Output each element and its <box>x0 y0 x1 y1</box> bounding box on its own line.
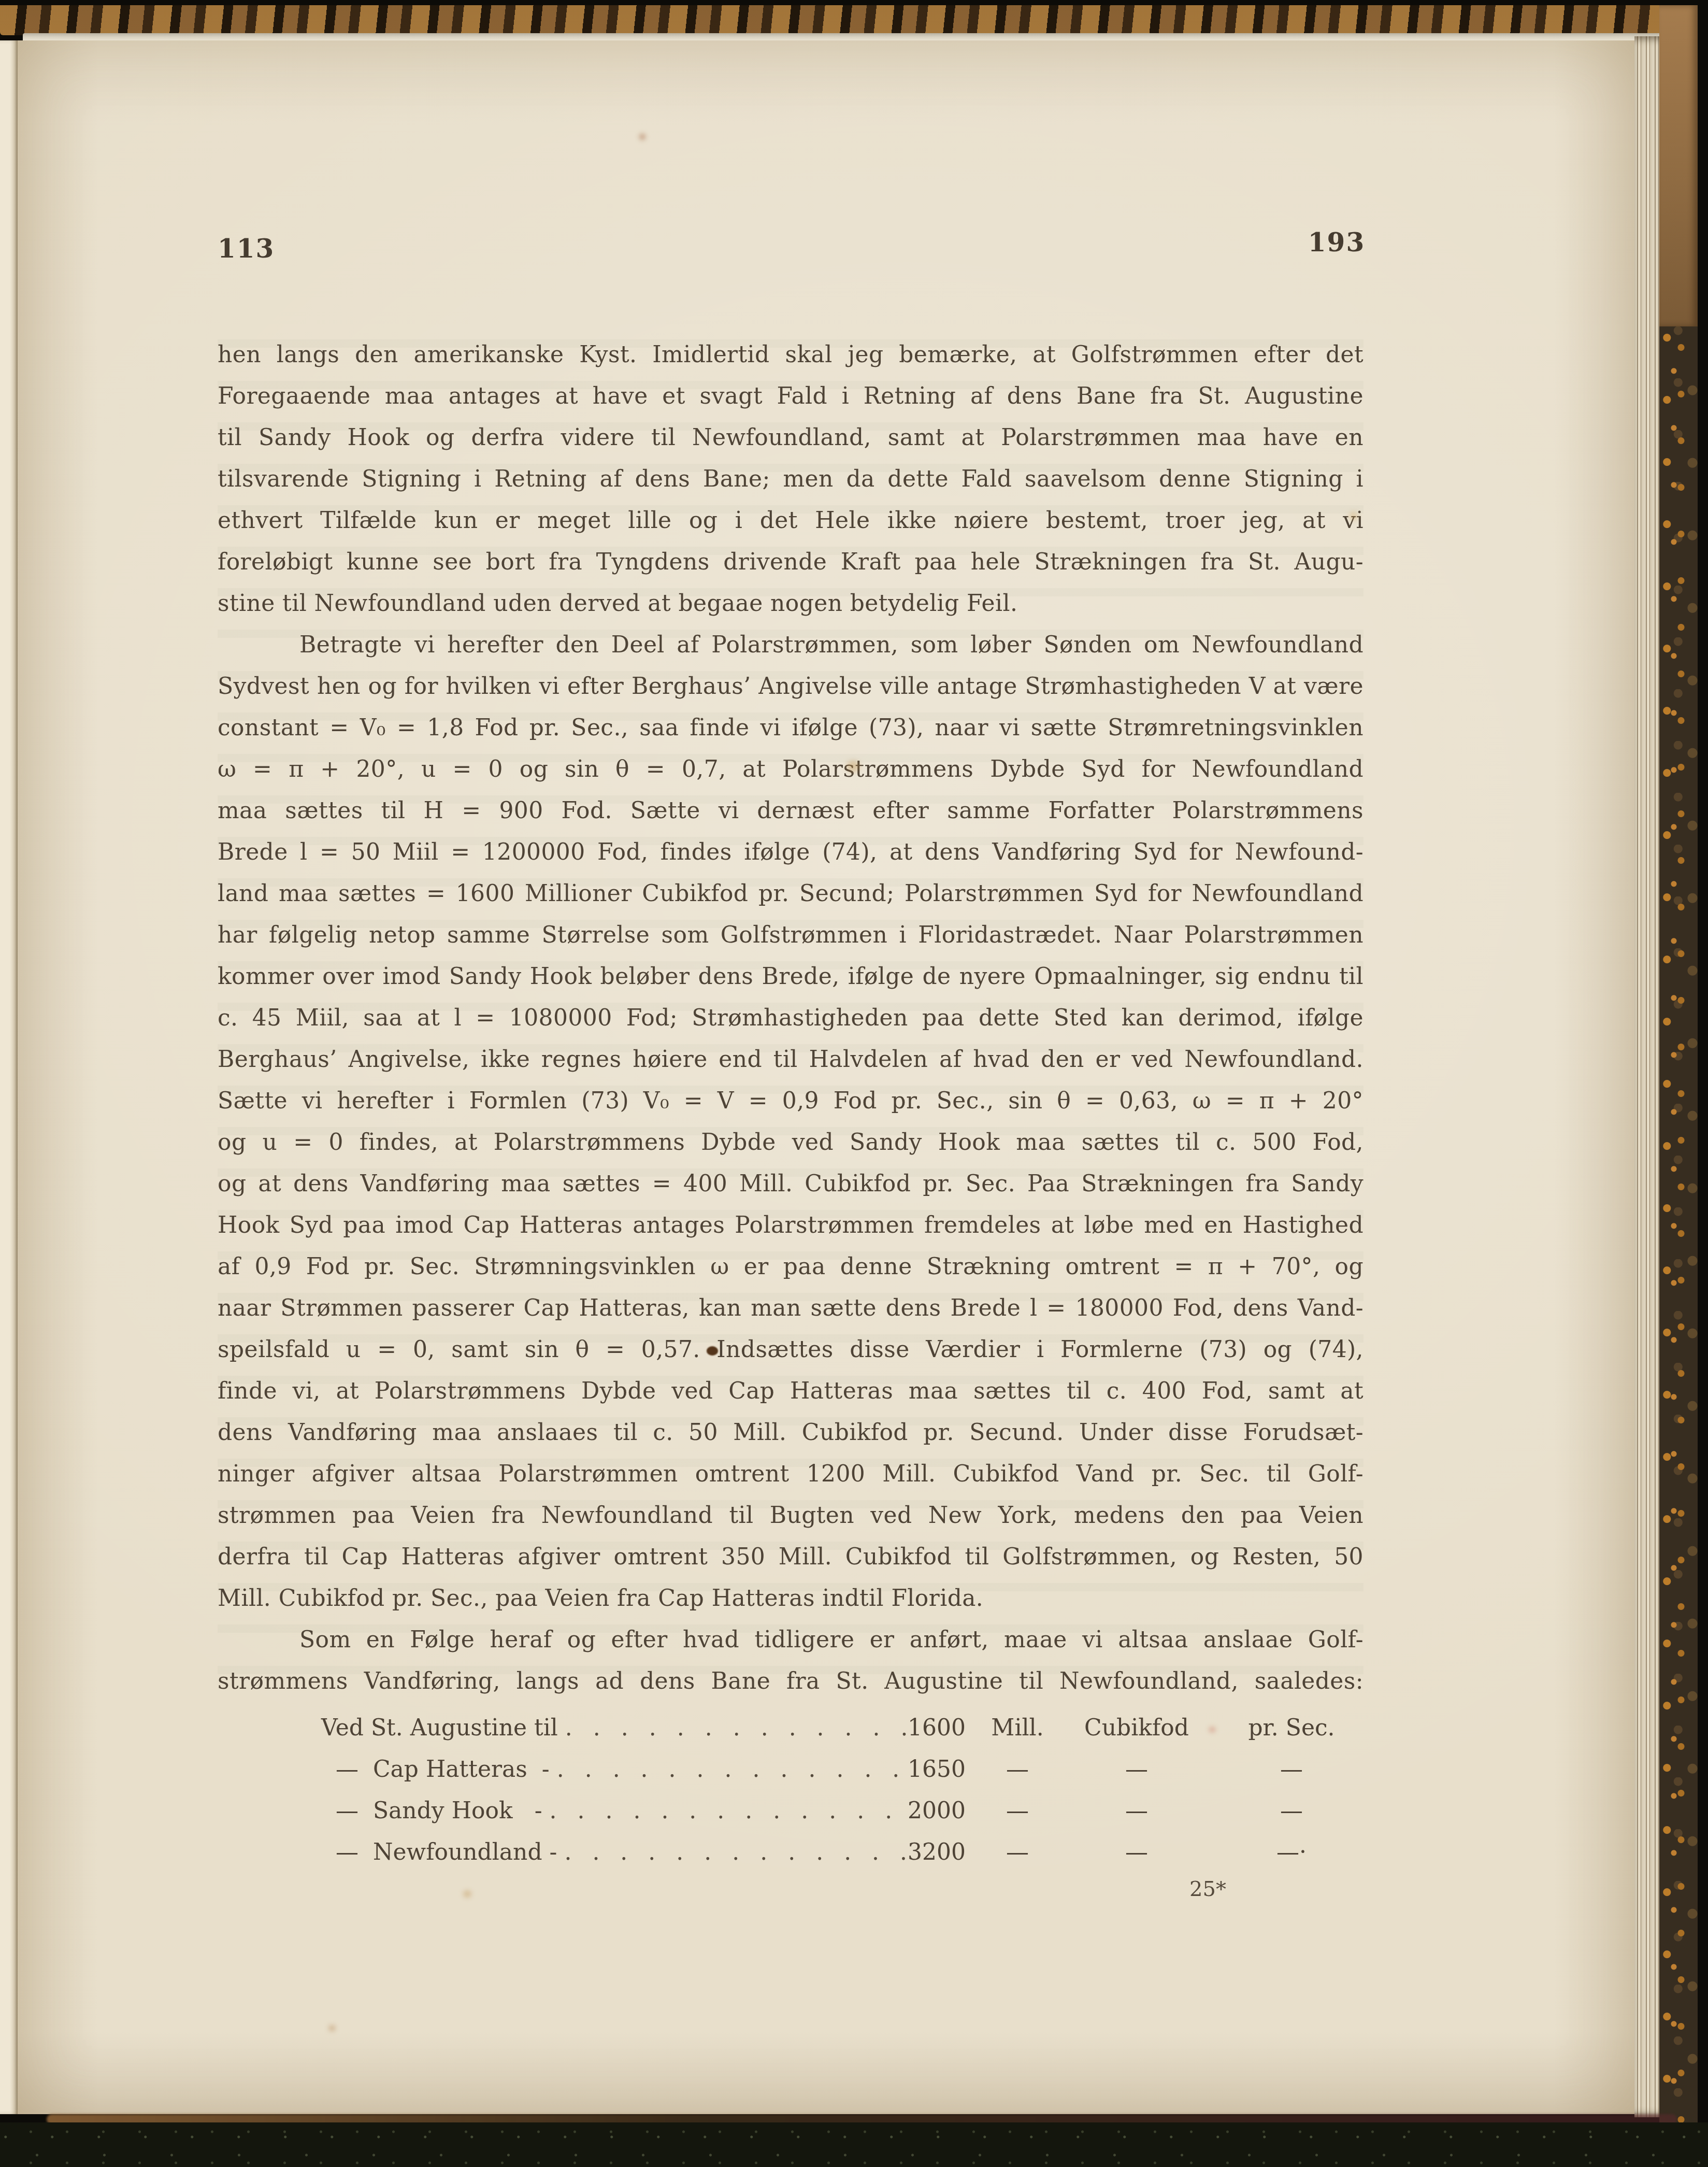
text-line: af 0,9 Fod pr. Sec. Strømningsvinklen ω … <box>218 1246 1363 1288</box>
unit-col-2: Cubikfod <box>1059 1707 1214 1749</box>
text-line: strømmens Vandføring, langs ad dens Bane… <box>218 1661 1363 1702</box>
list-row-label: — Sandy Hook - <box>321 1790 550 1832</box>
text-line: Sydvest hen og for hvilken vi efter Berg… <box>218 666 1363 707</box>
text-line: Mill. Cubikfod pr. Sec., paa Veien fra C… <box>218 1578 1363 1619</box>
list-row-label: — Newfoundland - <box>321 1832 564 1873</box>
text-line: Betragte vi herefter den Deel af Polarst… <box>218 624 1363 666</box>
text-line: strømmen paa Veien fra Newfoundland til … <box>218 1495 1363 1536</box>
dot-leader: . . . . . . . . . . . . . . . . . . . . … <box>550 1790 908 1832</box>
book-page: 113 193 hen langs den amerikanske Kyst. … <box>18 40 1634 2114</box>
cover-leather-corner <box>1659 5 1698 326</box>
text-line: stine til Newfoundland uden derved at be… <box>218 583 1363 624</box>
text-line-content: strømmens Vandføring, langs ad dens Bane… <box>218 1668 1363 1694</box>
unit-col-2: — <box>1059 1790 1214 1832</box>
list-row-units: — — — <box>976 1790 1369 1832</box>
signature-mark: 25* <box>1189 1877 1226 1901</box>
cover-marbled-paper <box>1659 326 1698 2131</box>
text-line: tilsvarende Stigning i Retning af dens B… <box>218 459 1363 500</box>
unit-col-1: — <box>976 1832 1059 1873</box>
foxing-stain <box>463 1890 471 1898</box>
text-line-content: stine til Newfoundland uden derved at be… <box>218 590 1017 617</box>
text-line: ethvert Tilfælde kun er meget lille og i… <box>218 500 1363 541</box>
page-body: hen langs den amerikanske Kyst. Imidlert… <box>218 334 1363 1702</box>
list-row-value: 1600 <box>908 1707 976 1749</box>
text-line-content: ethvert Tilfælde kun er meget lille og i… <box>218 507 1363 534</box>
unit-col-2: — <box>1059 1749 1214 1790</box>
text-line-content: Brede l = 50 Miil = 1200000 Fod, findes … <box>218 839 1363 865</box>
foxing-stain <box>639 134 645 140</box>
text-line: Sætte vi herefter i Formlen (73) V₀ = V … <box>218 1080 1363 1122</box>
text-line-content: naar Strømmen passerer Cap Hatteras, kan… <box>218 1295 1363 1321</box>
text-line: maa sættes til H = 900 Fod. Sætte vi der… <box>218 790 1363 832</box>
text-line-content: maa sættes til H = 900 Fod. Sætte vi der… <box>218 797 1363 824</box>
page-number-right: 193 <box>1300 227 1373 258</box>
text-line-content: Foregaaende maa antages at have et svagt… <box>218 383 1363 409</box>
text-line: speilsfald u = 0, samt sin θ = 0,57. Ind… <box>218 1329 1363 1371</box>
text-line-content: og u = 0 findes, at Polarstrømmens Dybde… <box>218 1129 1363 1156</box>
unit-col-1: — <box>976 1749 1059 1790</box>
text-line: og u = 0 findes, at Polarstrømmens Dybde… <box>218 1122 1363 1163</box>
list-row-label: Ved St. Augustine til <box>321 1707 565 1749</box>
text-line-content: kommer over imod Sandy Hook beløber dens… <box>218 963 1363 990</box>
text-line-content: Hook Syd paa imod Cap Hatteras antages P… <box>218 1212 1363 1238</box>
text-line-content: dens Vandføring maa anslaaes til c. 50 M… <box>218 1419 1363 1446</box>
text-line-content: land maa sættes = 1600 Millioner Cubikfo… <box>218 880 1363 907</box>
text-line: Berghaus’ Angivelse, ikke regnes høiere … <box>218 1039 1363 1080</box>
text-line: foreløbigt kunne see bort fra Tyngdens d… <box>218 541 1363 583</box>
text-line-content: tilsvarende Stigning i Retning af dens B… <box>218 466 1363 492</box>
text-line-content: finde vi, at Polarstrømmens Dybde ved Ca… <box>218 1378 1363 1404</box>
text-line-content: ninger afgiver altsaa Polarstrømmen omtr… <box>218 1461 1363 1487</box>
text-line-content: Sætte vi herefter i Formlen (73) V₀ = V … <box>218 1088 1363 1114</box>
unit-col-3: pr. Sec. <box>1214 1707 1369 1749</box>
text-line: Hook Syd paa imod Cap Hatteras antages P… <box>218 1205 1363 1246</box>
list-row-units: — — —· <box>976 1832 1369 1873</box>
page-number-left: 113 <box>218 233 275 264</box>
list-row-units: — — — <box>976 1749 1369 1790</box>
text-line: ninger afgiver altsaa Polarstrømmen omtr… <box>218 1453 1363 1495</box>
text-line: finde vi, at Polarstrømmens Dybde ved Ca… <box>218 1371 1363 1412</box>
list-row-label: — Cap Hatteras - <box>321 1749 557 1790</box>
text-line: kommer over imod Sandy Hook beløber dens… <box>218 956 1363 997</box>
text-line-content: c. 45 Miil, saa at l = 1080000 Fod; Strø… <box>218 1005 1363 1031</box>
text-line: hen langs den amerikanske Kyst. Imidlert… <box>218 334 1363 376</box>
text-line: constant = V₀ = 1,8 Fod pr. Sec., saa fi… <box>218 707 1363 749</box>
text-line-content: foreløbigt kunne see bort fra Tyngdens d… <box>218 549 1363 575</box>
text-line-content: Betragte vi herefter den Deel af Polarst… <box>299 632 1363 658</box>
text-line: til Sandy Hook og derfra videre til Newf… <box>218 417 1363 459</box>
text-line: og at dens Vandføring maa sættes = 400 M… <box>218 1163 1363 1205</box>
dot-leader: . . . . . . . . . . . . . . . . . . . . … <box>564 1832 908 1873</box>
book-cover-right <box>1659 5 1708 2167</box>
discharge-list: Ved St. Augustine til . . . . . . . . . … <box>321 1707 1369 1873</box>
foxing-stain <box>328 2025 336 2031</box>
dot-leader: . . . . . . . . . . . . . . . . . . . . … <box>557 1749 908 1790</box>
list-row-value: 1650 <box>908 1749 976 1790</box>
text-line: naar Strømmen passerer Cap Hatteras, kan… <box>218 1288 1363 1329</box>
list-row-units: Mill. Cubikfod pr. Sec. <box>976 1707 1369 1749</box>
text-line-content: og at dens Vandføring maa sættes = 400 M… <box>218 1171 1363 1197</box>
list-row-value: 3200 <box>908 1832 976 1873</box>
list-row: — Cap Hatteras - . . . . . . . . . . . .… <box>321 1749 1369 1790</box>
unit-col-1: Mill. <box>976 1707 1059 1749</box>
list-row: — Newfoundland - . . . . . . . . . . . .… <box>321 1832 1369 1873</box>
text-line-content: Som en Følge heraf og efter hvad tidlige… <box>299 1627 1363 1653</box>
text-line-content: derfra til Cap Hatteras afgiver omtrent … <box>218 1544 1363 1570</box>
text-line-content: af 0,9 Fod pr. Sec. Strømningsvinklen ω … <box>218 1253 1363 1280</box>
foxing-stain <box>1209 1727 1215 1732</box>
book-scan: 113 193 hen langs den amerikanske Kyst. … <box>0 0 1708 2167</box>
text-line: Som en Følge heraf og efter hvad tidlige… <box>218 1619 1363 1661</box>
right-page-edges <box>1634 36 1659 2117</box>
text-line: c. 45 Miil, saa at l = 1080000 Fod; Strø… <box>218 997 1363 1039</box>
table-surface <box>0 2122 1708 2167</box>
unit-col-3: —· <box>1214 1832 1369 1873</box>
text-line: derfra til Cap Hatteras afgiver omtrent … <box>218 1536 1363 1578</box>
text-line: dens Vandføring maa anslaaes til c. 50 M… <box>218 1412 1363 1453</box>
text-line: land maa sættes = 1600 Millioner Cubikfo… <box>218 873 1363 915</box>
text-line: Brede l = 50 Miil = 1200000 Fod, findes … <box>218 832 1363 873</box>
book-cover-top-edge <box>0 5 1698 35</box>
unit-col-1: — <box>976 1790 1059 1832</box>
text-line-content: Sydvest hen og for hvilken vi efter Berg… <box>218 673 1363 700</box>
unit-col-3: — <box>1214 1790 1369 1832</box>
text-line-content: Berghaus’ Angivelse, ikke regnes høiere … <box>218 1046 1363 1073</box>
dot-leader: . . . . . . . . . . . . . . . . . . . . … <box>565 1707 908 1749</box>
left-page-edge <box>0 40 18 2114</box>
unit-col-3: — <box>1214 1749 1369 1790</box>
text-line-content: ω = π + 20°, u = 0 og sin θ = 0,7, at Po… <box>218 756 1363 782</box>
text-line-content: speilsfald u = 0, samt sin θ = 0,57. Ind… <box>218 1336 1363 1363</box>
text-line-content: til Sandy Hook og derfra videre til Newf… <box>218 424 1363 451</box>
text-line-content: hen langs den amerikanske Kyst. Imidlert… <box>218 341 1363 368</box>
list-row: — Sandy Hook - . . . . . . . . . . . . .… <box>321 1790 1369 1832</box>
text-line-content: Mill. Cubikfod pr. Sec., paa Veien fra C… <box>218 1585 983 1612</box>
text-line: ω = π + 20°, u = 0 og sin θ = 0,7, at Po… <box>218 749 1363 790</box>
text-line: Foregaaende maa antages at have et svagt… <box>218 376 1363 417</box>
foxing-stain <box>846 761 860 772</box>
unit-col-2: — <box>1059 1832 1214 1873</box>
foxing-stain <box>1349 512 1358 520</box>
text-line: har følgelig netop samme Størrelse som G… <box>218 915 1363 956</box>
list-row-value: 2000 <box>908 1790 976 1832</box>
text-line-content: har følgelig netop samme Størrelse som G… <box>218 922 1363 948</box>
text-line-content: constant = V₀ = 1,8 Fod pr. Sec., saa fi… <box>218 715 1363 741</box>
text-line-content: strømmen paa Veien fra Newfoundland til … <box>218 1502 1363 1529</box>
ink-blot <box>707 1346 718 1356</box>
